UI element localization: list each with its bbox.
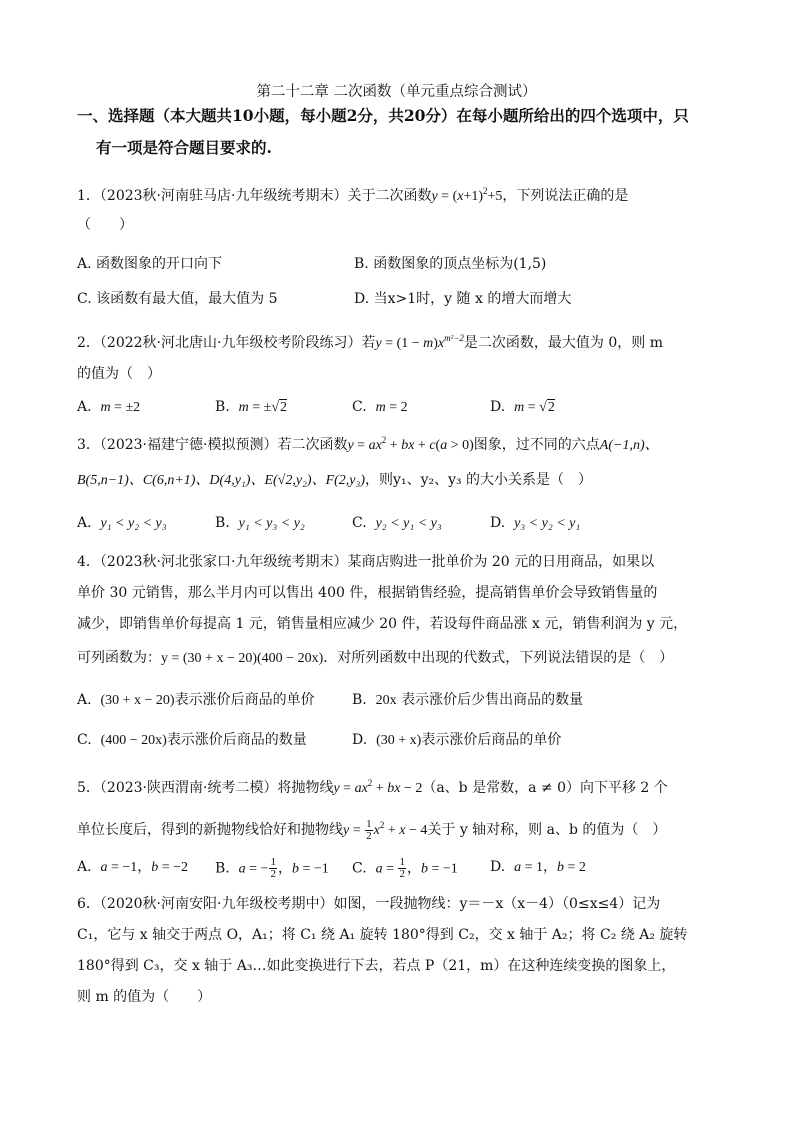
option-b[interactable]: B. 函数图象的顶点坐标为(1,5)	[354, 254, 546, 274]
question-3-stem: 3．（2023·福建宁德·模拟预测）若二次函数y = ax2 + bx + c(…	[77, 430, 659, 456]
option-d[interactable]: D. 当x>1时，y 随 x 的增大而增大	[354, 289, 571, 309]
section-heading-cont: 有一项是符合题目要求的.	[96, 138, 272, 158]
question-6-stem-l3: 180°得到 C₃，交 x 轴于 A₃…如此变换进行下去，若点 P（21，m）在…	[77, 956, 675, 976]
option-b[interactable]: B. y₁ < y₃ < y₂	[215, 513, 305, 534]
option-d[interactable]: D. m = √2	[490, 397, 555, 418]
exam-page: 第二十二章 二次函数（单元重点综合测试） 一、选择题（本大题共10小题，每小题2…	[0, 0, 793, 1122]
option-a[interactable]: A. 函数图象的开口向下	[77, 254, 222, 274]
option-a[interactable]: A. y₁ < y₂ < y₃	[77, 513, 167, 534]
option-c[interactable]: C. y₂ < y₁ < y₃	[352, 513, 442, 534]
option-c[interactable]: C. m = 2	[352, 397, 408, 418]
question-5-stem: 5．（2023·陕西渭南·统考二模）将抛物线y = ax2 + bx − 2（a…	[77, 773, 668, 799]
option-c[interactable]: C. 该函数有最大值，最大值为 5	[77, 289, 277, 309]
option-b[interactable]: B. a = −12，b = −1	[215, 857, 329, 880]
option-d[interactable]: D. (30 + x)表示涨价后商品的单价	[352, 730, 561, 751]
question-6-stem-l2: C₁，它与 x 轴交于两点 O，A₁；将 C₁ 绕 A₁ 旋转 180°得到 C…	[77, 925, 687, 945]
question-4-stem-l3: 减少，即销售单价每提高 1 元，销售量相应减少 20 件，若设每件商品涨 x 元…	[77, 614, 687, 634]
option-d[interactable]: D. y₃ < y₂ < y₁	[490, 513, 580, 534]
question-5-stem-cont: 单位长度后，得到的新抛物线恰好和抛物线y = 12x2 + x − 4关于 y …	[77, 815, 666, 842]
option-d[interactable]: D. a = 1，b = 2	[490, 857, 586, 878]
question-4-stem: 4．（2023秋·河北张家口·九年级统考期末）某商店购进一批单价为 20 元的日…	[77, 552, 654, 572]
question-6-stem-l4: 则 m 的值为（ ）	[77, 987, 211, 1007]
option-b[interactable]: B. m = ±√2	[215, 397, 287, 418]
option-a[interactable]: A. a = −1，b = −2	[77, 857, 188, 878]
question-source: （2023秋·河南驻马店·九年级统考期末）	[100, 188, 348, 204]
question-4-stem-l4: 可列函数为：y = (30 + x − 20)(400 − 20x)．对所列函数…	[77, 648, 673, 669]
section-heading: 一、选择题（本大题共10小题，每小题2分，共20分）在每小题所给出的四个选项中，…	[77, 106, 689, 126]
answer-blank: （ ）	[77, 215, 133, 235]
option-a[interactable]: A. m = ±2	[77, 397, 140, 418]
option-b[interactable]: B. 20x 表示涨价后少售出商品的数量	[352, 690, 583, 711]
option-a[interactable]: A. (30 + x − 20)表示涨价后商品的单价	[77, 690, 315, 711]
document-title: 第二十二章 二次函数（单元重点综合测试）	[0, 80, 793, 101]
question-4-stem-l2: 单价 30 元销售，那么半月内可以售出 400 件，根据销售经验，提高销售单价会…	[77, 583, 657, 603]
option-c[interactable]: C. a = 12，b = −1	[352, 857, 458, 880]
question-6-stem: 6．（2020秋·河南安阳·九年级校考期中）如图，一段抛物线：y＝－x（x－4）…	[77, 894, 660, 914]
question-2-stem-cont: 的值为（ ）	[77, 364, 161, 384]
option-c[interactable]: C. (400 − 20x)表示涨价后商品的数量	[77, 730, 307, 751]
question-2-stem: 2．（2022秋·河北唐山·九年级校考阶段练习）若y = (1 − m)xm²−…	[77, 328, 663, 354]
question-number: 1	[77, 188, 86, 204]
question-1-stem: 1．（2023秋·河南驻马店·九年级统考期末）关于二次函数y = (x+1)2+…	[77, 181, 628, 207]
question-3-stem-cont: B(5,n−1)、C(6,n+1)、D(4,y₁)、E(√2,y₂)、F(2,y…	[77, 470, 592, 491]
